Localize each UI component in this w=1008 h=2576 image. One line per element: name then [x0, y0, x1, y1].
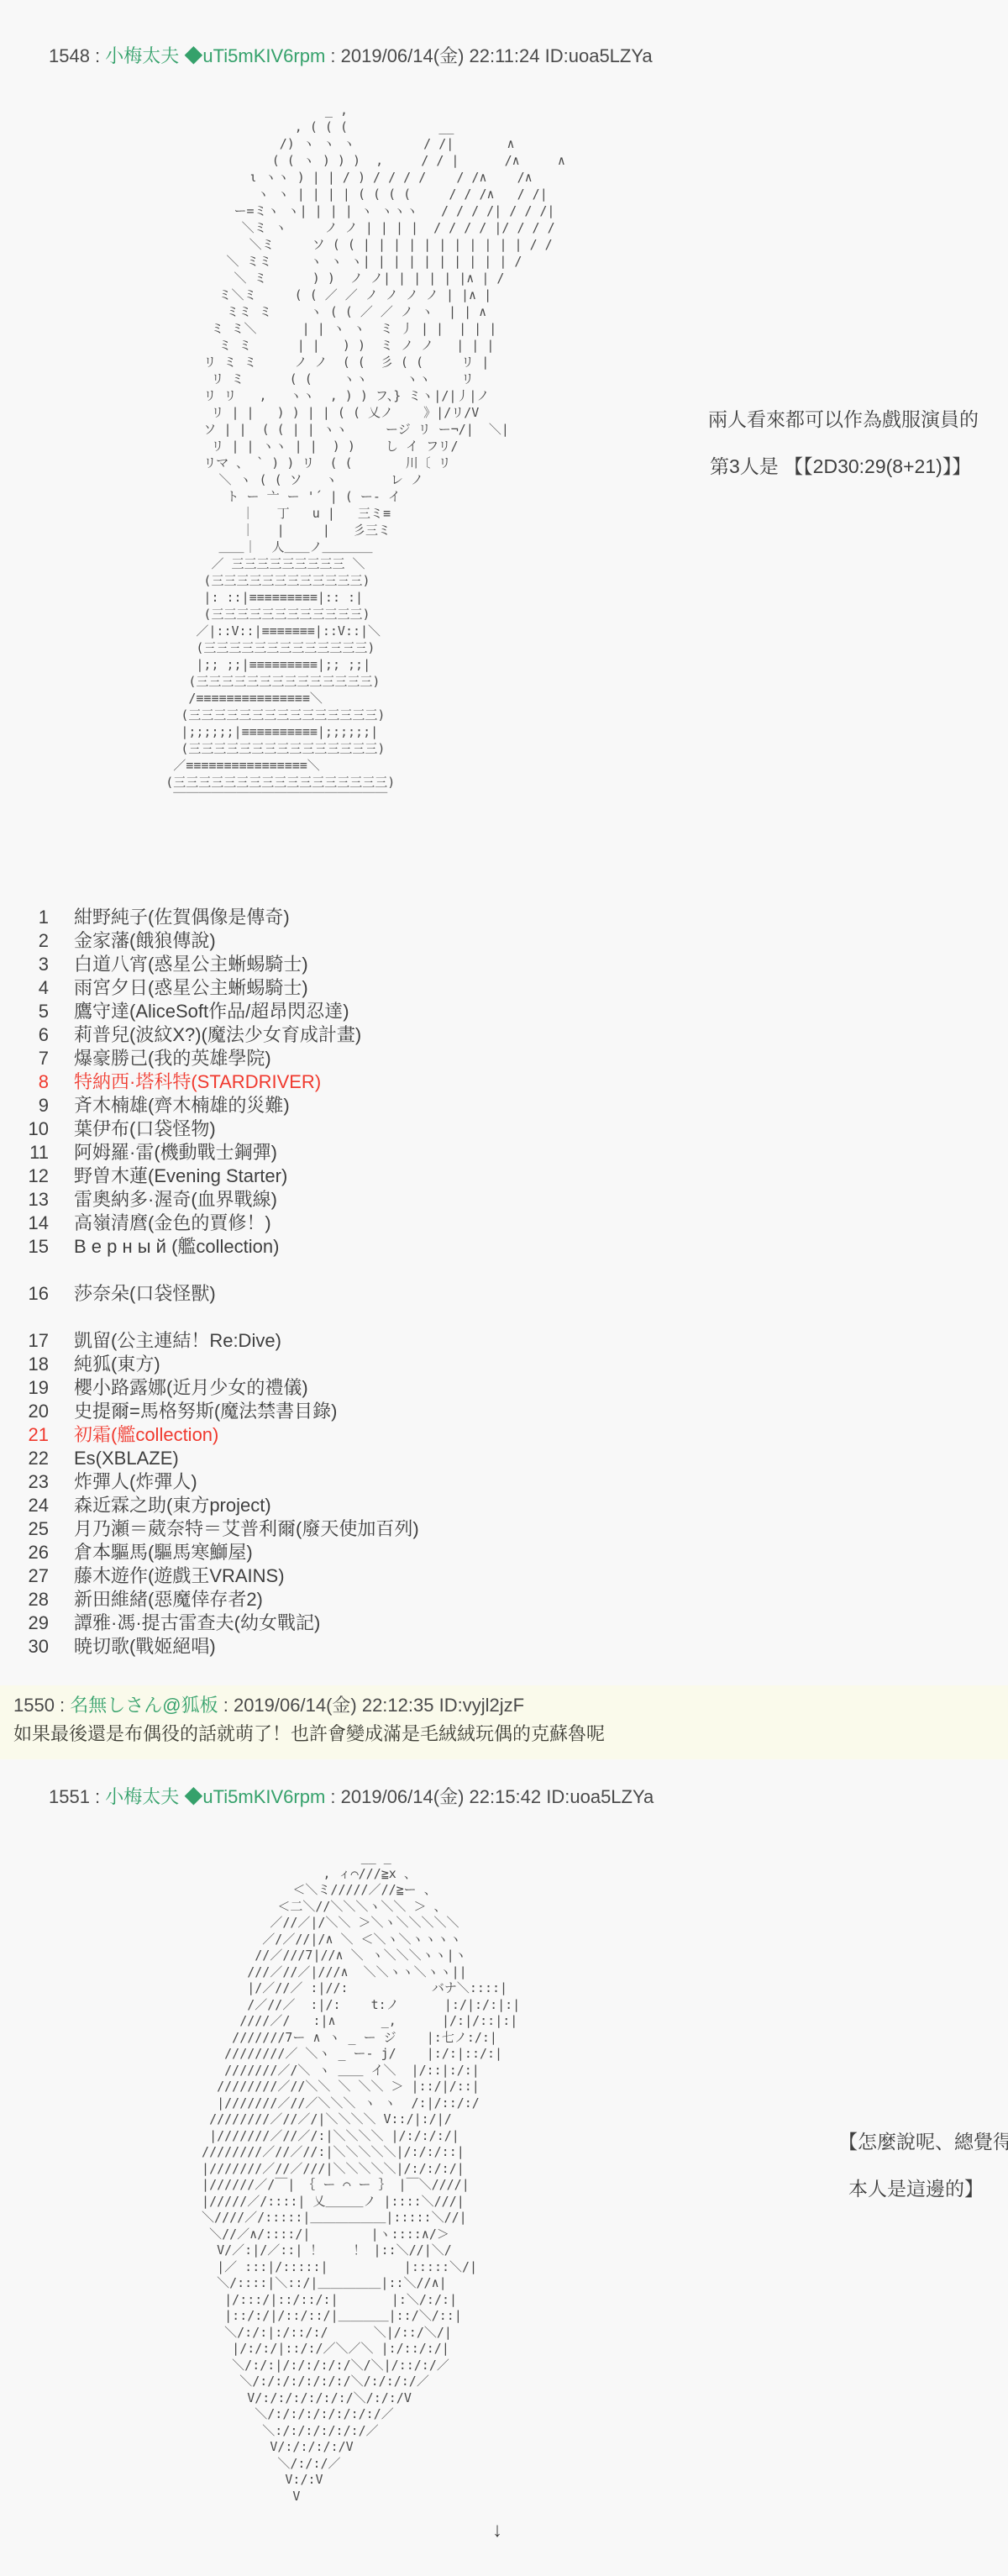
list-item-number: 27 [20, 1564, 49, 1588]
list-item: 18純狐(東方) [20, 1353, 419, 1376]
aa-dialogue-line-1: 兩人看來都可以作為戲服演員的 [708, 404, 979, 432]
post-number: 1551 : [49, 1786, 105, 1807]
list-item-number: 4 [20, 976, 49, 1000]
list-item-text: 金家藩(餓狼傳說) [74, 929, 216, 953]
post-datetime-id: : 2019/06/14(金) 22:15:42 ID:uoa5LZYa [325, 1786, 654, 1807]
list-item: 9斉木楠雄(齊木楠雄的災難) [20, 1094, 419, 1117]
post-1551-header: 1551 : 小梅太夫 ◆uTi5mKIV6rpm : 2019/06/14(金… [49, 1783, 654, 1809]
aa-dialogue-line-1: 【怎麼說呢、總覺得 [838, 2127, 1008, 2154]
poster-name: 小梅太夫 ◆uTi5mKIV6rpm [105, 45, 325, 66]
list-item-number: 17 [20, 1329, 49, 1353]
list-item-number: 29 [20, 1611, 49, 1635]
list-item-number: 24 [20, 1494, 49, 1517]
post-number: 1548 : [49, 45, 105, 66]
list-item-text: 阿姆羅·雷(機動戰士鋼彈) [74, 1141, 277, 1164]
list-item-text: 雨宮夕日(惑星公主蜥蜴騎士) [74, 976, 308, 1000]
post-datetime-id: : 2019/06/14(金) 22:11:24 ID:uoa5LZYa [325, 45, 652, 66]
list-item: 29譚雅·馮·提古雷查夫(幼女戰記) [20, 1611, 419, 1635]
list-item-text: 雷奧納多·渥奇(血界戰線) [74, 1188, 277, 1212]
list-item-number: 18 [20, 1353, 49, 1376]
list-item-text: 斉木楠雄(齊木楠雄的災難) [74, 1094, 290, 1117]
list-item: 25月乃瀬＝葳奈特＝艾普利爾(廢天使加百列) [20, 1517, 419, 1541]
list-item-number: 30 [20, 1635, 49, 1659]
list-item-number: 3 [20, 953, 49, 976]
list-item-text: 高嶺清麿(金色的賈修！) [74, 1212, 271, 1235]
list-item-text: 櫻小路露娜(近月少女的禮儀) [74, 1376, 308, 1400]
list-item: 13雷奧納多·渥奇(血界戰線) [20, 1188, 419, 1212]
list-item-number: 14 [20, 1212, 49, 1235]
ascii-art-post-1551: __ _ , ィ⌒///≧x 、 ＜＼ミ/////／//≧ー 、 ＜二＼//＼＼… [186, 1849, 520, 2505]
list-item: 14高嶺清麿(金色的賈修！) [20, 1212, 419, 1235]
list-item-number: 9 [20, 1094, 49, 1117]
post-1550-body: 如果最後還是布偶役的話就萌了！也許會變成滿是毛絨絨玩偶的克蘇魯呢 [13, 1720, 605, 1746]
list-item-text: 新田維緒(惡魔倖存者2) [74, 1588, 263, 1611]
list-item-number: 16 [20, 1282, 49, 1306]
list-item-text: 白道八宵(惑星公主蜥蜴騎士) [74, 953, 308, 976]
list-item: 10葉伊布(口袋怪物) [20, 1117, 419, 1141]
list-item-text: 葉伊布(口袋怪物) [74, 1117, 216, 1141]
aa-dialogue-line-2: 本人是這邊的】 [848, 2174, 984, 2201]
list-item-text: 炸彈人(炸彈人) [74, 1470, 197, 1494]
list-item: 11阿姆羅·雷(機動戰士鋼彈) [20, 1141, 419, 1164]
list-item: 17凱留(公主連結！Re:Dive) [20, 1329, 419, 1353]
list-item-number: 5 [20, 1000, 49, 1023]
list-item-text: 特納西·塔科特(STARDRIVER) [74, 1070, 321, 1094]
list-item: 23炸彈人(炸彈人) [20, 1470, 419, 1494]
list-item-text: Es(XBLAZE) [74, 1447, 179, 1470]
list-item-number: 19 [20, 1376, 49, 1400]
list-item: 6莉普兒(波紋X?)(魔法少女育成計畫) [20, 1023, 419, 1047]
list-item-text: 爆豪勝己(我的英雄學院) [74, 1047, 271, 1070]
list-item-text: 紺野純子(佐賀偶像是傳奇) [74, 906, 290, 929]
list-item-number: 15 [20, 1235, 49, 1259]
list-item: 2金家藩(餓狼傳說) [20, 929, 419, 953]
list-item-number: 2 [20, 929, 49, 953]
character-roll-list: 1紺野純子(佐賀偶像是傳奇)2金家藩(餓狼傳說)3白道八宵(惑星公主蜥蜴騎士)4… [20, 906, 419, 1659]
list-item-text: В е р н ы й (艦collection) [74, 1235, 279, 1259]
list-item: 1紺野純子(佐賀偶像是傳奇) [20, 906, 419, 929]
list-item: 19櫻小路露娜(近月少女的禮儀) [20, 1376, 419, 1400]
list-item-number: 8 [20, 1070, 49, 1094]
list-item-number: 26 [20, 1541, 49, 1564]
list-item-text: 野曽木蓮(Evening Starter) [74, 1164, 287, 1188]
list-item-number: 11 [20, 1141, 49, 1164]
scroll-down-arrow: ↓ [492, 2519, 502, 2542]
list-item-number: 22 [20, 1447, 49, 1470]
list-item-text: 初霜(艦collection) [74, 1423, 218, 1447]
list-item-number: 21 [20, 1423, 49, 1447]
list-item-text: 凱留(公主連結！Re:Dive) [74, 1329, 281, 1353]
list-item: 22Es(XBLAZE) [20, 1447, 419, 1470]
list-item-text: 莎奈朵(口袋怪獸) [74, 1282, 216, 1306]
ascii-art-post-1548: _ , , ( ( ( __ /) ヽ ヽ ヽ / /| ∧ ( ( ヽ ) )… [97, 102, 565, 807]
list-item: 28新田維緒(惡魔倖存者2) [20, 1588, 419, 1611]
list-item-number: 10 [20, 1117, 49, 1141]
list-item: 26倉本驅馬(驅馬寒鰤屋) [20, 1541, 419, 1564]
list-item-number: 23 [20, 1470, 49, 1494]
post-datetime-id: : 2019/06/14(金) 22:12:35 ID:vyjl2jzF [218, 1695, 524, 1716]
list-item-number: 25 [20, 1517, 49, 1541]
list-item: 20史提爾=馬格努斯(魔法禁書目錄) [20, 1400, 419, 1423]
list-item-text: 譚雅·馮·提古雷查夫(幼女戰記) [74, 1611, 320, 1635]
post-1548-header: 1548 : 小梅太夫 ◆uTi5mKIV6rpm : 2019/06/14(金… [49, 42, 653, 68]
list-item-number: 1 [20, 906, 49, 929]
list-item: 30暁切歌(戰姬絕唱) [20, 1635, 419, 1659]
aa-dialogue-line-2-dice-result: 第3人是 【【2D30:29(8+21)】】 [710, 451, 971, 479]
list-item: 4雨宮夕日(惑星公主蜥蜴騎士) [20, 976, 419, 1000]
list-item-number: 13 [20, 1188, 49, 1212]
list-item-text: 純狐(東方) [74, 1353, 160, 1376]
list-item: 21初霜(艦collection) [20, 1423, 419, 1447]
list-item: 24森近霖之助(東方project) [20, 1494, 419, 1517]
list-item: 3白道八宵(惑星公主蜥蜴騎士) [20, 953, 419, 976]
list-item-text: 藤木遊作(遊戲王VRAINS) [74, 1564, 285, 1588]
list-item: 8特納西·塔科特(STARDRIVER) [20, 1070, 419, 1094]
list-item-text: 莉普兒(波紋X?)(魔法少女育成計畫) [74, 1023, 361, 1047]
list-item-number: 28 [20, 1588, 49, 1611]
post-number: 1550 : [13, 1695, 70, 1716]
list-item-number: 6 [20, 1023, 49, 1047]
list-item-number: 7 [20, 1047, 49, 1070]
list-item: 16莎奈朵(口袋怪獸) [20, 1282, 419, 1306]
list-item-text: 倉本驅馬(驅馬寒鰤屋) [74, 1541, 253, 1564]
post-1550-header: 1550 : 名無しさん@狐板 : 2019/06/14(金) 22:12:35… [13, 1691, 524, 1717]
list-item-number: 12 [20, 1164, 49, 1188]
list-item: 15В е р н ы й (艦collection) [20, 1235, 419, 1259]
list-item-number: 20 [20, 1400, 49, 1423]
list-item: 5鷹守達(AliceSoft作品/超昂閃忍達) [20, 1000, 419, 1023]
list-item: 12野曽木蓮(Evening Starter) [20, 1164, 419, 1188]
list-item-text: 鷹守達(AliceSoft作品/超昂閃忍達) [74, 1000, 349, 1023]
list-item: 7爆豪勝己(我的英雄學院) [20, 1047, 419, 1070]
list-item: 27藤木遊作(遊戲王VRAINS) [20, 1564, 419, 1588]
poster-name: 名無しさん@狐板 [70, 1695, 218, 1716]
list-item-text: 月乃瀬＝葳奈特＝艾普利爾(廢天使加百列) [74, 1517, 419, 1541]
list-item-text: 暁切歌(戰姬絕唱) [74, 1635, 216, 1659]
list-item-text: 森近霖之助(東方project) [74, 1494, 271, 1517]
poster-name: 小梅太夫 ◆uTi5mKIV6rpm [105, 1786, 325, 1807]
list-item-text: 史提爾=馬格努斯(魔法禁書目錄) [74, 1400, 338, 1423]
